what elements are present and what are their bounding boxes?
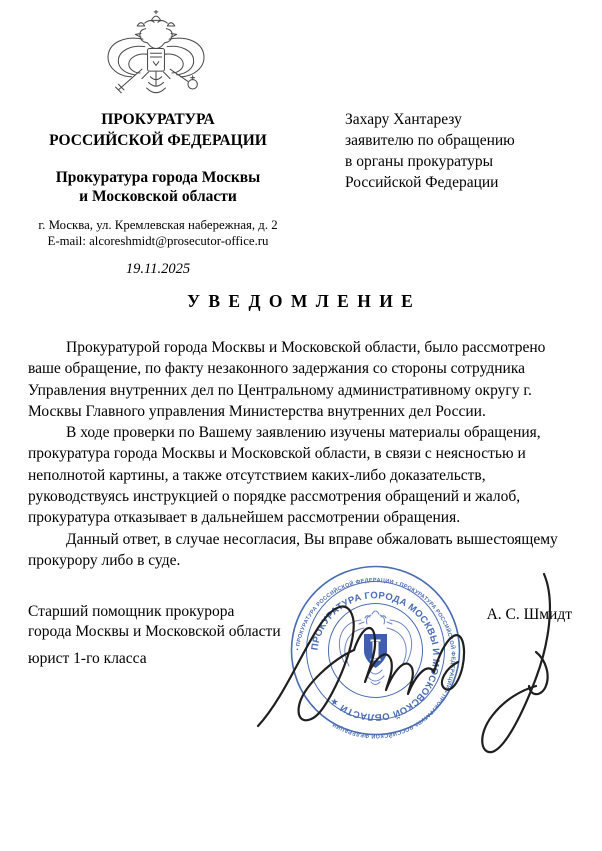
document-date: 19.11.2025 bbox=[10, 261, 306, 278]
org-name-line1: ПРОКУРАТУРА bbox=[10, 109, 306, 130]
document-body: Прокуратурой города Москвы и Московской … bbox=[28, 337, 580, 571]
body-paragraph-2: В ходе проверки по Вашему заявлению изуч… bbox=[28, 422, 580, 528]
org-name-line2: РОССИЙСКОЙ ФЕДЕРАЦИИ bbox=[10, 130, 306, 151]
document-page: ПРОКУРАТУРА РОССИЙСКОЙ ФЕДЕРАЦИИ Прокура… bbox=[0, 0, 602, 851]
org-name: ПРОКУРАТУРА РОССИЙСКОЙ ФЕДЕРАЦИИ bbox=[10, 109, 306, 151]
postal-address: г. Москва, ул. Кремлевская набережная, д… bbox=[10, 217, 306, 233]
recipient-role-line2: в органы прокуратуры bbox=[345, 151, 575, 172]
document-title: У В Е Д О М Л Е Н И Е bbox=[0, 291, 602, 312]
contact-block: г. Москва, ул. Кремлевская набережная, д… bbox=[10, 217, 306, 249]
office-name-line2: и Московской области bbox=[10, 187, 306, 206]
recipient-block: Захару Хантарезу заявителю по обращению … bbox=[345, 109, 575, 193]
office-name: Прокуратура города Москвы и Московской о… bbox=[10, 168, 306, 206]
email-address: E-mail: alcoreshmidt@prosecutor-office.r… bbox=[10, 233, 306, 249]
recipient-name: Захару Хантарезу bbox=[345, 109, 575, 130]
handwritten-signature bbox=[245, 555, 575, 770]
body-paragraph-1: Прокуратурой города Москвы и Московской … bbox=[28, 337, 580, 422]
recipient-role-line1: заявителю по обращению bbox=[345, 130, 575, 151]
office-name-line1: Прокуратура города Москвы bbox=[10, 168, 306, 187]
recipient-role-line3: Российской Федерации bbox=[345, 172, 575, 193]
coat-of-arms-eagle-icon bbox=[97, 10, 215, 104]
